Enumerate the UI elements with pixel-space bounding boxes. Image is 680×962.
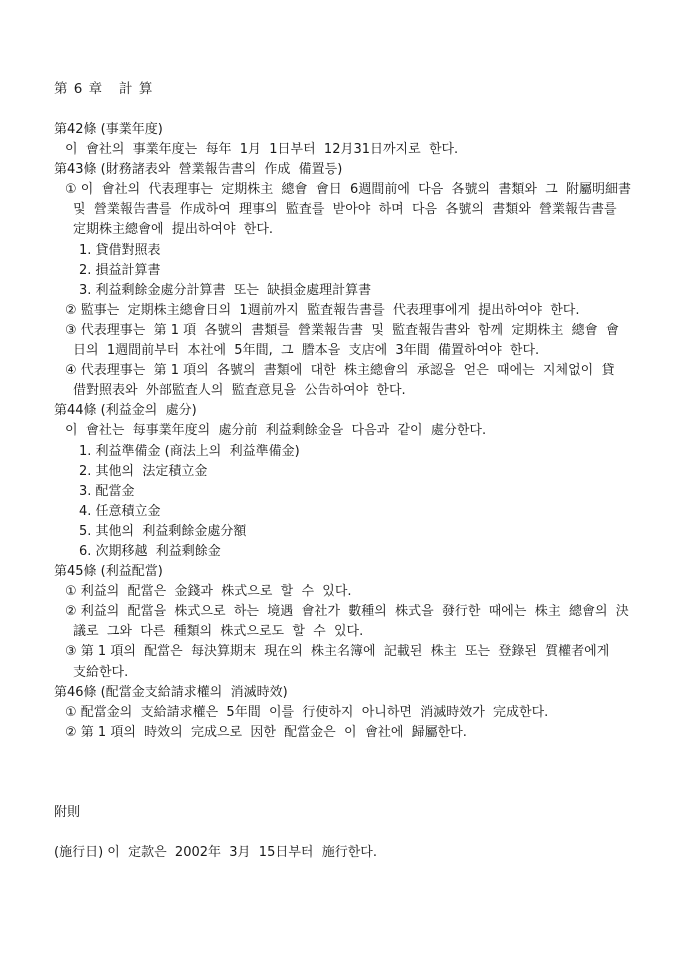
document-line: 第45條 (利益配當) [54,562,660,582]
document-line: 이 會社의 事業年度는 每年 1月 1日부터 12月31日까지로 한다. [54,140,660,160]
document-line: 1. 利益準備金 (商法上의 利益準備金) [54,442,660,462]
document-line: ③ 第 1 項의 配當은 每決算期末 現在의 株主名簿에 記載된 株主 또는 登… [54,642,660,662]
document-line: 支給한다. [54,663,660,683]
document-line: 定期株主總會에 提出하여야 한다. [54,220,660,240]
document-line: ② 第 1 項의 時效의 完成으로 因한 配當金은 이 會社에 歸屬한다. [54,723,660,743]
document-line: 第46條 (配當金支給請求權의 消滅時效) [54,683,660,703]
document-page: 第 6 章 計 算 第42條 (事業年度)이 會社의 事業年度는 每年 1月 1… [0,0,680,962]
blank-line [54,783,660,803]
document-line: (施行日) 이 定款은 2002年 3月 15日부터 施行한다. [54,843,660,863]
document-line: 第44條 (利益金의 處分) [54,401,660,421]
document-line: ④ 代表理事는 第 1 項의 各號의 書類에 대한 株主總會의 承認을 얻은 때… [54,361,660,381]
document-line: 第42條 (事業年度) [54,120,660,140]
document-line: ① 利益의 配當은 金錢과 株式으로 할 수 있다. [54,582,660,602]
chapter-heading: 第 6 章 計 算 [54,80,153,98]
document-line: 第43條 (財務諸表와 營業報告書의 作成 備置등) [54,160,660,180]
document-line: ② 利益의 配當을 株式으로 하는 境遇 會社가 數種의 株式을 發行한 때에는… [54,602,660,622]
document-line: ② 監事는 定期株主總會日의 1週前까지 監査報告書를 代表理事에게 提出하여야… [54,301,660,321]
document-line: 2. 損益計算書 [54,261,660,281]
document-line: 1. 貸借對照表 [54,241,660,261]
document-line: 借對照表와 外部監査人의 監査意見을 公告하여야 한다. [54,381,660,401]
document-line: 議로 그와 다른 種類의 株式으로도 할 수 있다. [54,622,660,642]
blank-line [54,763,660,783]
document-line: 3. 利益剩餘金處分計算書 또는 缺損金處理計算書 [54,281,660,301]
document-line: 4. 任意積立金 [54,502,660,522]
document-line: 5. 其他의 利益剩餘金處分額 [54,522,660,542]
document-line: ① 配當金의 支給請求權은 5年間 이를 行使하지 아니하면 消滅時效가 完成한… [54,703,660,723]
document-line: ① 이 會社의 代表理事는 定期株主 總會 會日 6週間前에 다음 各號의 書類… [54,180,660,200]
blank-line [54,823,660,843]
blank-line [54,743,660,763]
document-line: 附則 [54,803,660,823]
document-line: 이 會社는 每事業年度의 處分前 利益剩餘金을 다음과 같이 處分한다. [54,421,660,441]
document-body: 第42條 (事業年度)이 會社의 事業年度는 每年 1月 1日부터 12月31日… [54,120,660,863]
document-line: 6. 次期移越 利益剩餘金 [54,542,660,562]
document-line: ③ 代表理事는 第 1 項 各號의 書類를 營業報告書 및 監査報告書와 함께 … [54,321,660,341]
document-line: 및 營業報告書를 作成하여 理事의 監査를 받아야 하며 다음 各號의 書類와 … [54,200,660,220]
document-line: 2. 其他의 法定積立金 [54,462,660,482]
document-line: 3. 配當金 [54,482,660,502]
document-line: 日의 1週間前부터 本社에 5年間, 그 謄本을 支店에 3年間 備置하여야 한… [54,341,660,361]
